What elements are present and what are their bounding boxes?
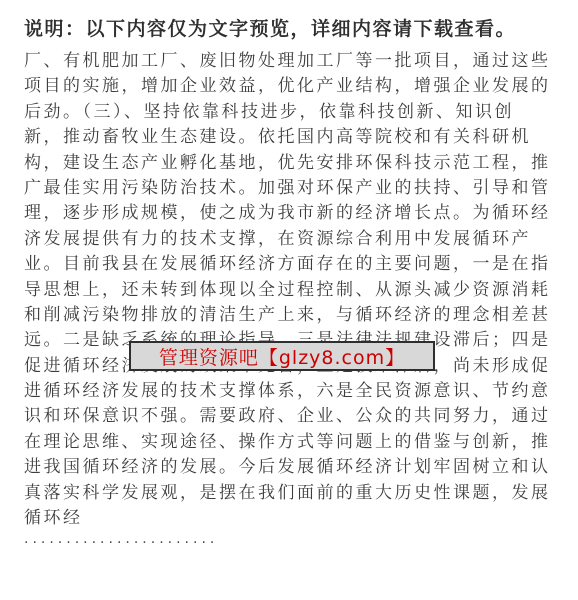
body-text-line: 业。目前我县在发展循环经济方面存在的主要问题，一是在指 — [24, 252, 560, 277]
watermark-site-label: 管理资源吧【glzy8.com】 — [159, 343, 405, 370]
body-text-line: 导思想上，还未转到体现以全过程控制、从源头减少资源消耗 — [24, 278, 560, 303]
document-body-text: 厂、有机肥加工厂、废旧物处理加工厂等一批项目，通过这些项目的实施，增加企业效益，… — [24, 49, 560, 557]
body-text-line: 循环经 — [24, 506, 560, 531]
watermark-stamp: 管理资源吧【glzy8.com】 — [129, 341, 435, 371]
document-preview-page: 说明：以下内容仅为文字预览，详细内容请下载查看。 厂、有机肥加工厂、废旧物处理加… — [0, 0, 578, 600]
body-text-line: 进循环经济发展的技术支撑体系，六是全民资源意识、节约意 — [24, 379, 560, 404]
body-text-line: 理，逐步形成规模，使之成为我市新的经济增长点。为循环经 — [24, 201, 560, 226]
body-text-line: 新，推动畜牧业生态建设。依托国内高等院校和有关科研机 — [24, 125, 560, 150]
body-text-line: 后劲。（三）、坚持依靠科技进步，依靠科技创新、知识创 — [24, 100, 560, 125]
body-text-line: 济发展提供有力的技术支撑，在资源综合利用中发展循环产 — [24, 227, 560, 252]
body-text-line: 和削减污染物排放的清洁生产上来，与循环经济的理念相差甚 — [24, 303, 560, 328]
body-text-line: 广最佳实用污染防治技术。加强对环保产业的扶持、引导和管 — [24, 176, 560, 201]
body-text-line: 识和环保意识不强。需要政府、企业、公众的共同努力，通过 — [24, 404, 560, 429]
preview-notice-text: 说明：以下内容仅为文字预览，详细内容请下载查看。 — [24, 16, 564, 42]
body-text-line: 厂、有机肥加工厂、废旧物处理加工厂等一批项目，通过这些 — [24, 49, 560, 74]
body-text-line: 构，建设生态产业孵化基地，优先安排环保科技示范工程，推 — [24, 151, 560, 176]
body-text-line: 项目的实施，增加企业效益，优化产业结构，增强企业发展的 — [24, 74, 560, 99]
body-text-line: 真落实科学发展观，是摆在我们面前的重大历史性课题，发展 — [24, 481, 560, 506]
body-text-line: 进我国循环经济的发展。今后发展循环经济计划牢固树立和认 — [24, 455, 560, 480]
ellipsis-dots-line: ······················· — [24, 531, 560, 556]
body-text-line: 在理论思维、实现途径、操作方式等问题上的借鉴与创新，推 — [24, 430, 560, 455]
